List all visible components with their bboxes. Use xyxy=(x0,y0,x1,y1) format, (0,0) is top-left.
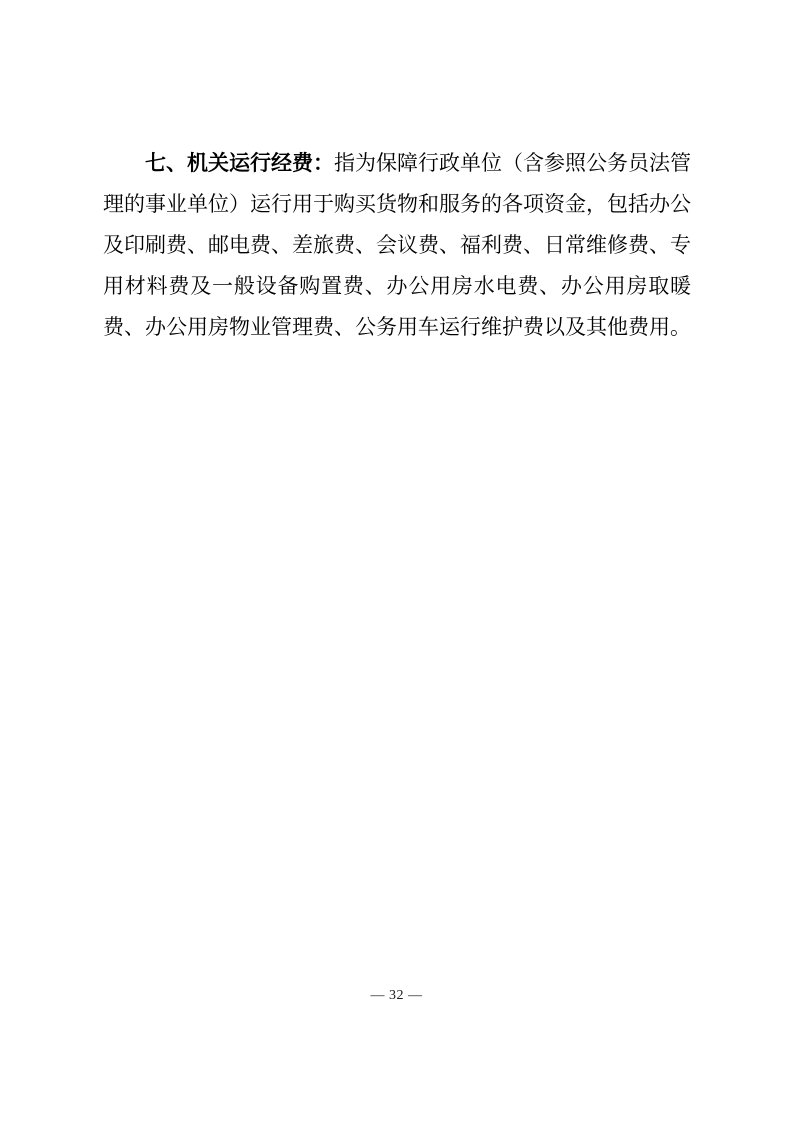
paragraph-bold-lead: 七、机关运行经费： xyxy=(145,151,334,175)
paragraph-body-text: 指为保障行政单位（含参照公务员法管理的事业单位）运行用于购买货物和服务的各项资金… xyxy=(103,151,691,339)
document-page: 七、机关运行经费：指为保障行政单位（含参照公务员法管理的事业单位）运行用于购买货… xyxy=(0,0,793,1122)
body-paragraph: 七、机关运行经费：指为保障行政单位（含参照公务员法管理的事业单位）运行用于购买货… xyxy=(103,143,691,348)
page-number: — 32 — xyxy=(0,986,793,1006)
